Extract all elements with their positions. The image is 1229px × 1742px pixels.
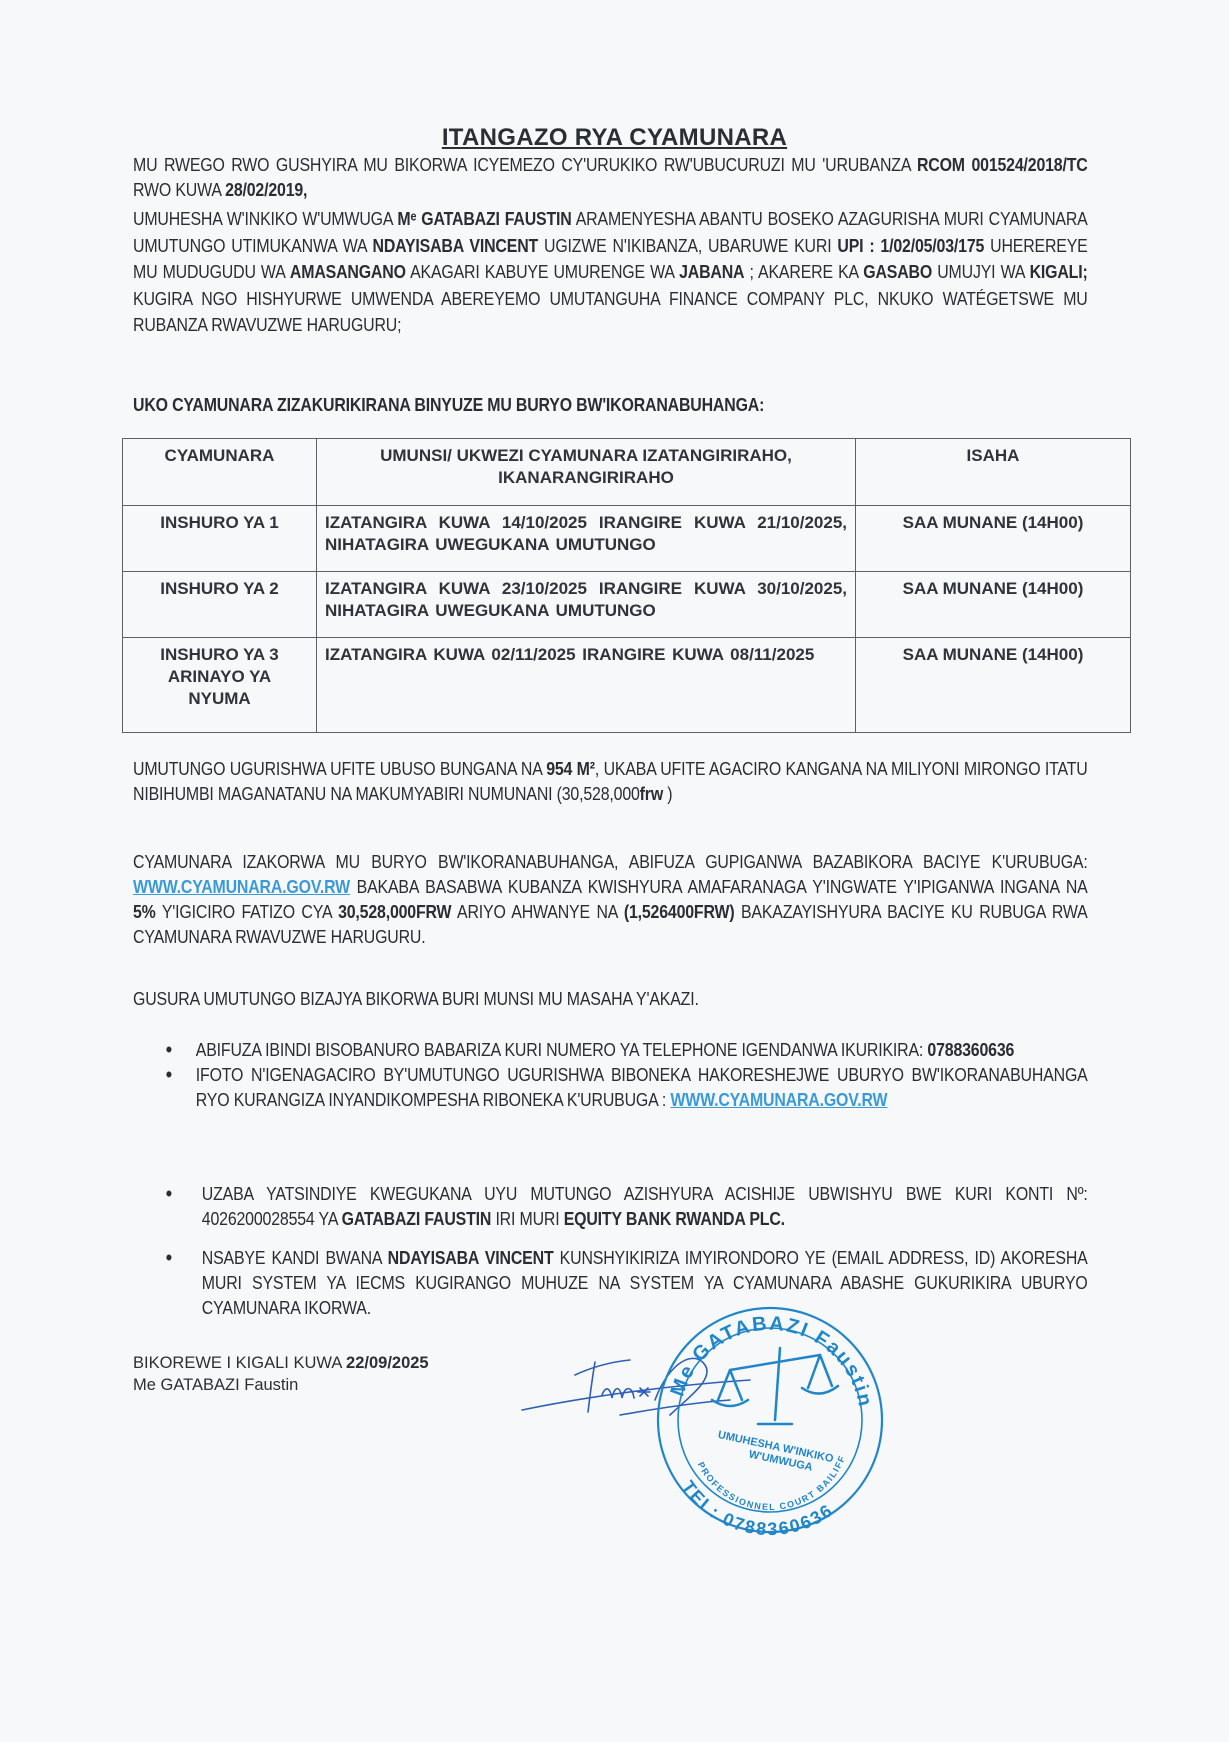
list-item: ABIFUZA IBINDI BISOBANURO BABARIZA KURI … bbox=[133, 1037, 1088, 1062]
cyamunara-website-link[interactable]: WWW.CYAMUNARA.GOV.RW bbox=[133, 876, 350, 897]
column-header: UMUNSI/ UKWEZI CYAMUNARA IZATANGIRIRAHO,… bbox=[317, 439, 856, 506]
deposit-percent: 5% bbox=[133, 901, 156, 922]
auction-time: SAA MUNANE (14H00) bbox=[856, 638, 1131, 733]
contact-bullet-list: ABIFUZA IBINDI BISOBANURO BABARIZA KURI … bbox=[133, 1037, 1088, 1112]
intro-text: UMUHESHA W'INKIKO W'UMWUGA bbox=[133, 208, 397, 229]
owner-name: NDAYISABA VINCENT bbox=[372, 235, 538, 256]
column-header: ISAHA bbox=[856, 439, 1131, 506]
place-date: BIKOREWE I KIGALI KUWA 22/09/2025 bbox=[133, 1352, 429, 1374]
auction-time: SAA MUNANE (14H00) bbox=[856, 572, 1131, 638]
list-item: NSABYE KANDI BWANA NDAYISABA VINCENT KUN… bbox=[133, 1245, 1088, 1320]
intro-text: MU RWEGO RWO GUSHYIRA MU BIKORWA ICYEMEZ… bbox=[133, 154, 917, 175]
bidding-paragraph: CYAMUNARA IZAKORWA MU BURYO BW'IKORANABU… bbox=[133, 849, 1088, 949]
schedule-heading-text: UKO CYAMUNARA ZIZAKURIKIRANA BINYUZE MU … bbox=[133, 394, 764, 415]
table-row: INSHURO YA 1 IZATANGIRA KUWA 14/10/2025 … bbox=[123, 506, 1131, 572]
cyamunara-website-link[interactable]: WWW.CYAMUNARA.GOV.RW bbox=[670, 1089, 887, 1110]
auction-round: INSHURO YA 2 bbox=[123, 572, 317, 638]
auction-round: INSHURO YA 3 ARINAYO YA NYUMA bbox=[123, 638, 317, 733]
intro-text: KUGIRA NGO HISHYURWE UMWENDA ABEREYEMO U… bbox=[133, 288, 1088, 336]
base-price: 30,528,000FRW bbox=[338, 901, 451, 922]
owner-name: NDAYISABA VINCENT bbox=[388, 1247, 554, 1268]
signatory-name: Me GATABAZI Faustin bbox=[133, 1374, 429, 1396]
auction-time: SAA MUNANE (14H00) bbox=[856, 506, 1131, 572]
village: AMASANGANO bbox=[290, 261, 406, 282]
case-date: 28/02/2019, bbox=[225, 179, 307, 200]
auction-period: IZATANGIRA KUWA 23/10/2025 IRANGIRE KUWA… bbox=[317, 572, 856, 638]
auction-period: IZATANGIRA KUWA 14/10/2025 IRANGIRE KUWA… bbox=[317, 506, 856, 572]
contact-phone: 0788360636 bbox=[927, 1039, 1014, 1060]
city: KIGALI; bbox=[1030, 261, 1088, 282]
property-area: 954 M² bbox=[546, 758, 595, 779]
schedule-heading: UKO CYAMUNARA ZIZAKURIKIRANA BINYUZE MU … bbox=[133, 394, 1088, 416]
payment-bullet-list: UZABA YATSINDIYE KWEGUKANA UYU MUTUNGO A… bbox=[133, 1181, 1088, 1320]
intro-text: AKAGARI KABUYE UMURENGE WA bbox=[406, 261, 679, 282]
document-page: ITANGAZO RYA CYAMUNARA MU RWEGO RWO GUSH… bbox=[0, 0, 1229, 1742]
list-item: IFOTO N'IGENAGACIRO BY'UMUTUNGO UGURISHW… bbox=[133, 1062, 1088, 1112]
table-header-row: CYAMUNARA UMUNSI/ UKWEZI CYAMUNARA IZATA… bbox=[123, 439, 1131, 506]
table-row: INSHURO YA 2 IZATANGIRA KUWA 23/10/2025 … bbox=[123, 572, 1131, 638]
deposit-amount: (1,526400FRW) bbox=[624, 901, 735, 922]
list-item: UZABA YATSINDIYE KWEGUKANA UYU MUTUNGO A… bbox=[133, 1181, 1088, 1231]
sector: JABANA bbox=[679, 261, 744, 282]
case-number: RCOM 001524/2018/TC bbox=[917, 154, 1088, 175]
district: GASABO bbox=[863, 261, 932, 282]
currency-unit: frw bbox=[640, 783, 663, 804]
bailiff-name: Mᵉ GATABAZI FAUSTIN bbox=[397, 208, 571, 229]
table-row: INSHURO YA 3 ARINAYO YA NYUMA IZATANGIRA… bbox=[123, 638, 1131, 733]
intro-paragraph-2: UMUHESHA W'INKIKO W'UMWUGA Mᵉ GATABAZI F… bbox=[133, 206, 1088, 339]
account-holder: GATABAZI FAUSTIN bbox=[342, 1208, 492, 1229]
official-stamp-icon: Me GATABAZI Faustin PROFESSIONNEL COURT … bbox=[640, 1300, 900, 1540]
intro-text: UMUJYI WA bbox=[932, 261, 1030, 282]
intro-text: RWO KUWA bbox=[133, 179, 225, 200]
signoff-block: BIKOREWE I KIGALI KUWA 22/09/2025 Me GAT… bbox=[133, 1352, 429, 1396]
bidding-text: ARIYO AHWANYE NA bbox=[451, 901, 623, 922]
intro-text: UGIZWE N'IKIBANZA, UBARUWE KURI bbox=[538, 235, 837, 256]
intro-paragraph-1: MU RWEGO RWO GUSHYIRA MU BIKORWA ICYEMEZ… bbox=[133, 152, 1088, 202]
signoff-date: 22/09/2025 bbox=[346, 1354, 429, 1372]
upi: UPI : 1/02/05/03/175 bbox=[837, 235, 984, 256]
property-text: ) bbox=[663, 783, 672, 804]
auction-round: INSHURO YA 1 bbox=[123, 506, 317, 572]
bidding-text: CYAMUNARA IZAKORWA MU BURYO BW'IKORANABU… bbox=[133, 851, 1088, 872]
bidding-text: Y'IGICIRO FATIZO CYA bbox=[156, 901, 338, 922]
auction-period: IZATANGIRA KUWA 02/11/2025 IRANGIRE KUWA… bbox=[317, 638, 856, 733]
bank-name: EQUITY BANK RWANDA PLC. bbox=[564, 1208, 785, 1229]
page-title: ITANGAZO RYA CYAMUNARA bbox=[0, 124, 1229, 152]
visit-paragraph: GUSURA UMUTUNGO BIZAJYA BIKORWA BURI MUN… bbox=[133, 988, 1088, 1010]
property-paragraph: UMUTUNGO UGURISHWA UFITE UBUSO BUNGANA N… bbox=[133, 756, 1088, 806]
intro-text: ; AKARERE KA bbox=[744, 261, 863, 282]
svg-text:Me GATABAZI Faustin: Me GATABAZI Faustin bbox=[666, 1313, 876, 1410]
bidding-text: BAKABA BASABWA KUBANZA KWISHYURA AMAFARA… bbox=[350, 876, 1088, 897]
auction-schedule-table: CYAMUNARA UMUNSI/ UKWEZI CYAMUNARA IZATA… bbox=[122, 438, 1131, 733]
property-text: UMUTUNGO UGURISHWA UFITE UBUSO BUNGANA N… bbox=[133, 758, 546, 779]
column-header: CYAMUNARA bbox=[123, 439, 317, 506]
